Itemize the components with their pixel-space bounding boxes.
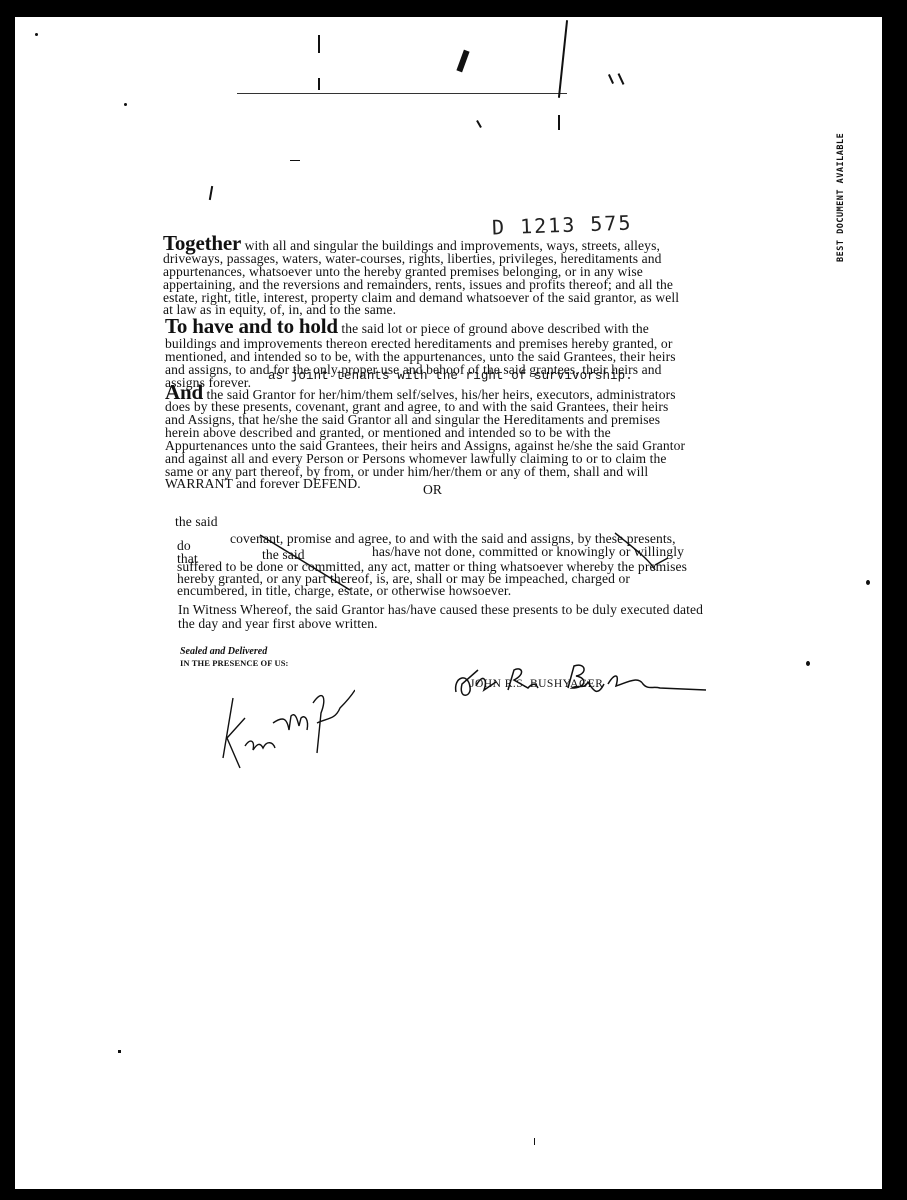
scan-mark xyxy=(456,50,469,73)
habendum-heading: To have and to hold xyxy=(165,314,338,338)
strike-marks xyxy=(250,530,710,600)
scan-mark xyxy=(618,73,625,85)
scan-mark xyxy=(558,115,560,130)
scan-mark xyxy=(806,661,810,666)
sealed-and-delivered: Sealed and Delivered xyxy=(180,646,267,657)
scan-mark xyxy=(118,1050,121,1053)
scan-mark xyxy=(534,1138,535,1145)
scan-mark xyxy=(124,103,127,106)
deed-document: D 1213 575 BEST DOCUMENT AVAILABLE Toget… xyxy=(0,0,907,1200)
or-separator: OR xyxy=(423,482,442,498)
typed-survivorship-insert: as joint tenants with the right of survi… xyxy=(268,369,633,383)
best-document-available-label: BEST DOCUMENT AVAILABLE xyxy=(836,133,846,262)
scan-mark xyxy=(35,33,38,36)
grantor-typed-name: JOHN R.S. BUSHYAGER xyxy=(470,678,603,690)
witness-line-1: In Witness Whereof, the said Grantor has… xyxy=(178,603,703,617)
scan-mark xyxy=(290,160,300,161)
in-presence-of: IN THE PRESENCE OF US: xyxy=(180,658,288,668)
and-line-8: WARRANT and forever DEFEND. xyxy=(165,477,361,491)
habendum-text: the said lot or piece of ground above de… xyxy=(341,321,649,336)
witness-signature xyxy=(205,668,355,778)
scan-mark xyxy=(476,120,482,128)
habendum-line-1: To have and to hold the said lot or piec… xyxy=(165,319,649,336)
scan-mark xyxy=(237,93,567,94)
scan-mark xyxy=(608,74,614,84)
scan-mark xyxy=(318,35,320,53)
scan-mark xyxy=(558,20,568,98)
scan-mark xyxy=(318,78,320,90)
scan-mark xyxy=(866,580,870,585)
alt-the-said: the said xyxy=(175,515,218,529)
witness-line-2: the day and year first above written. xyxy=(178,617,378,631)
scan-mark xyxy=(209,186,213,200)
